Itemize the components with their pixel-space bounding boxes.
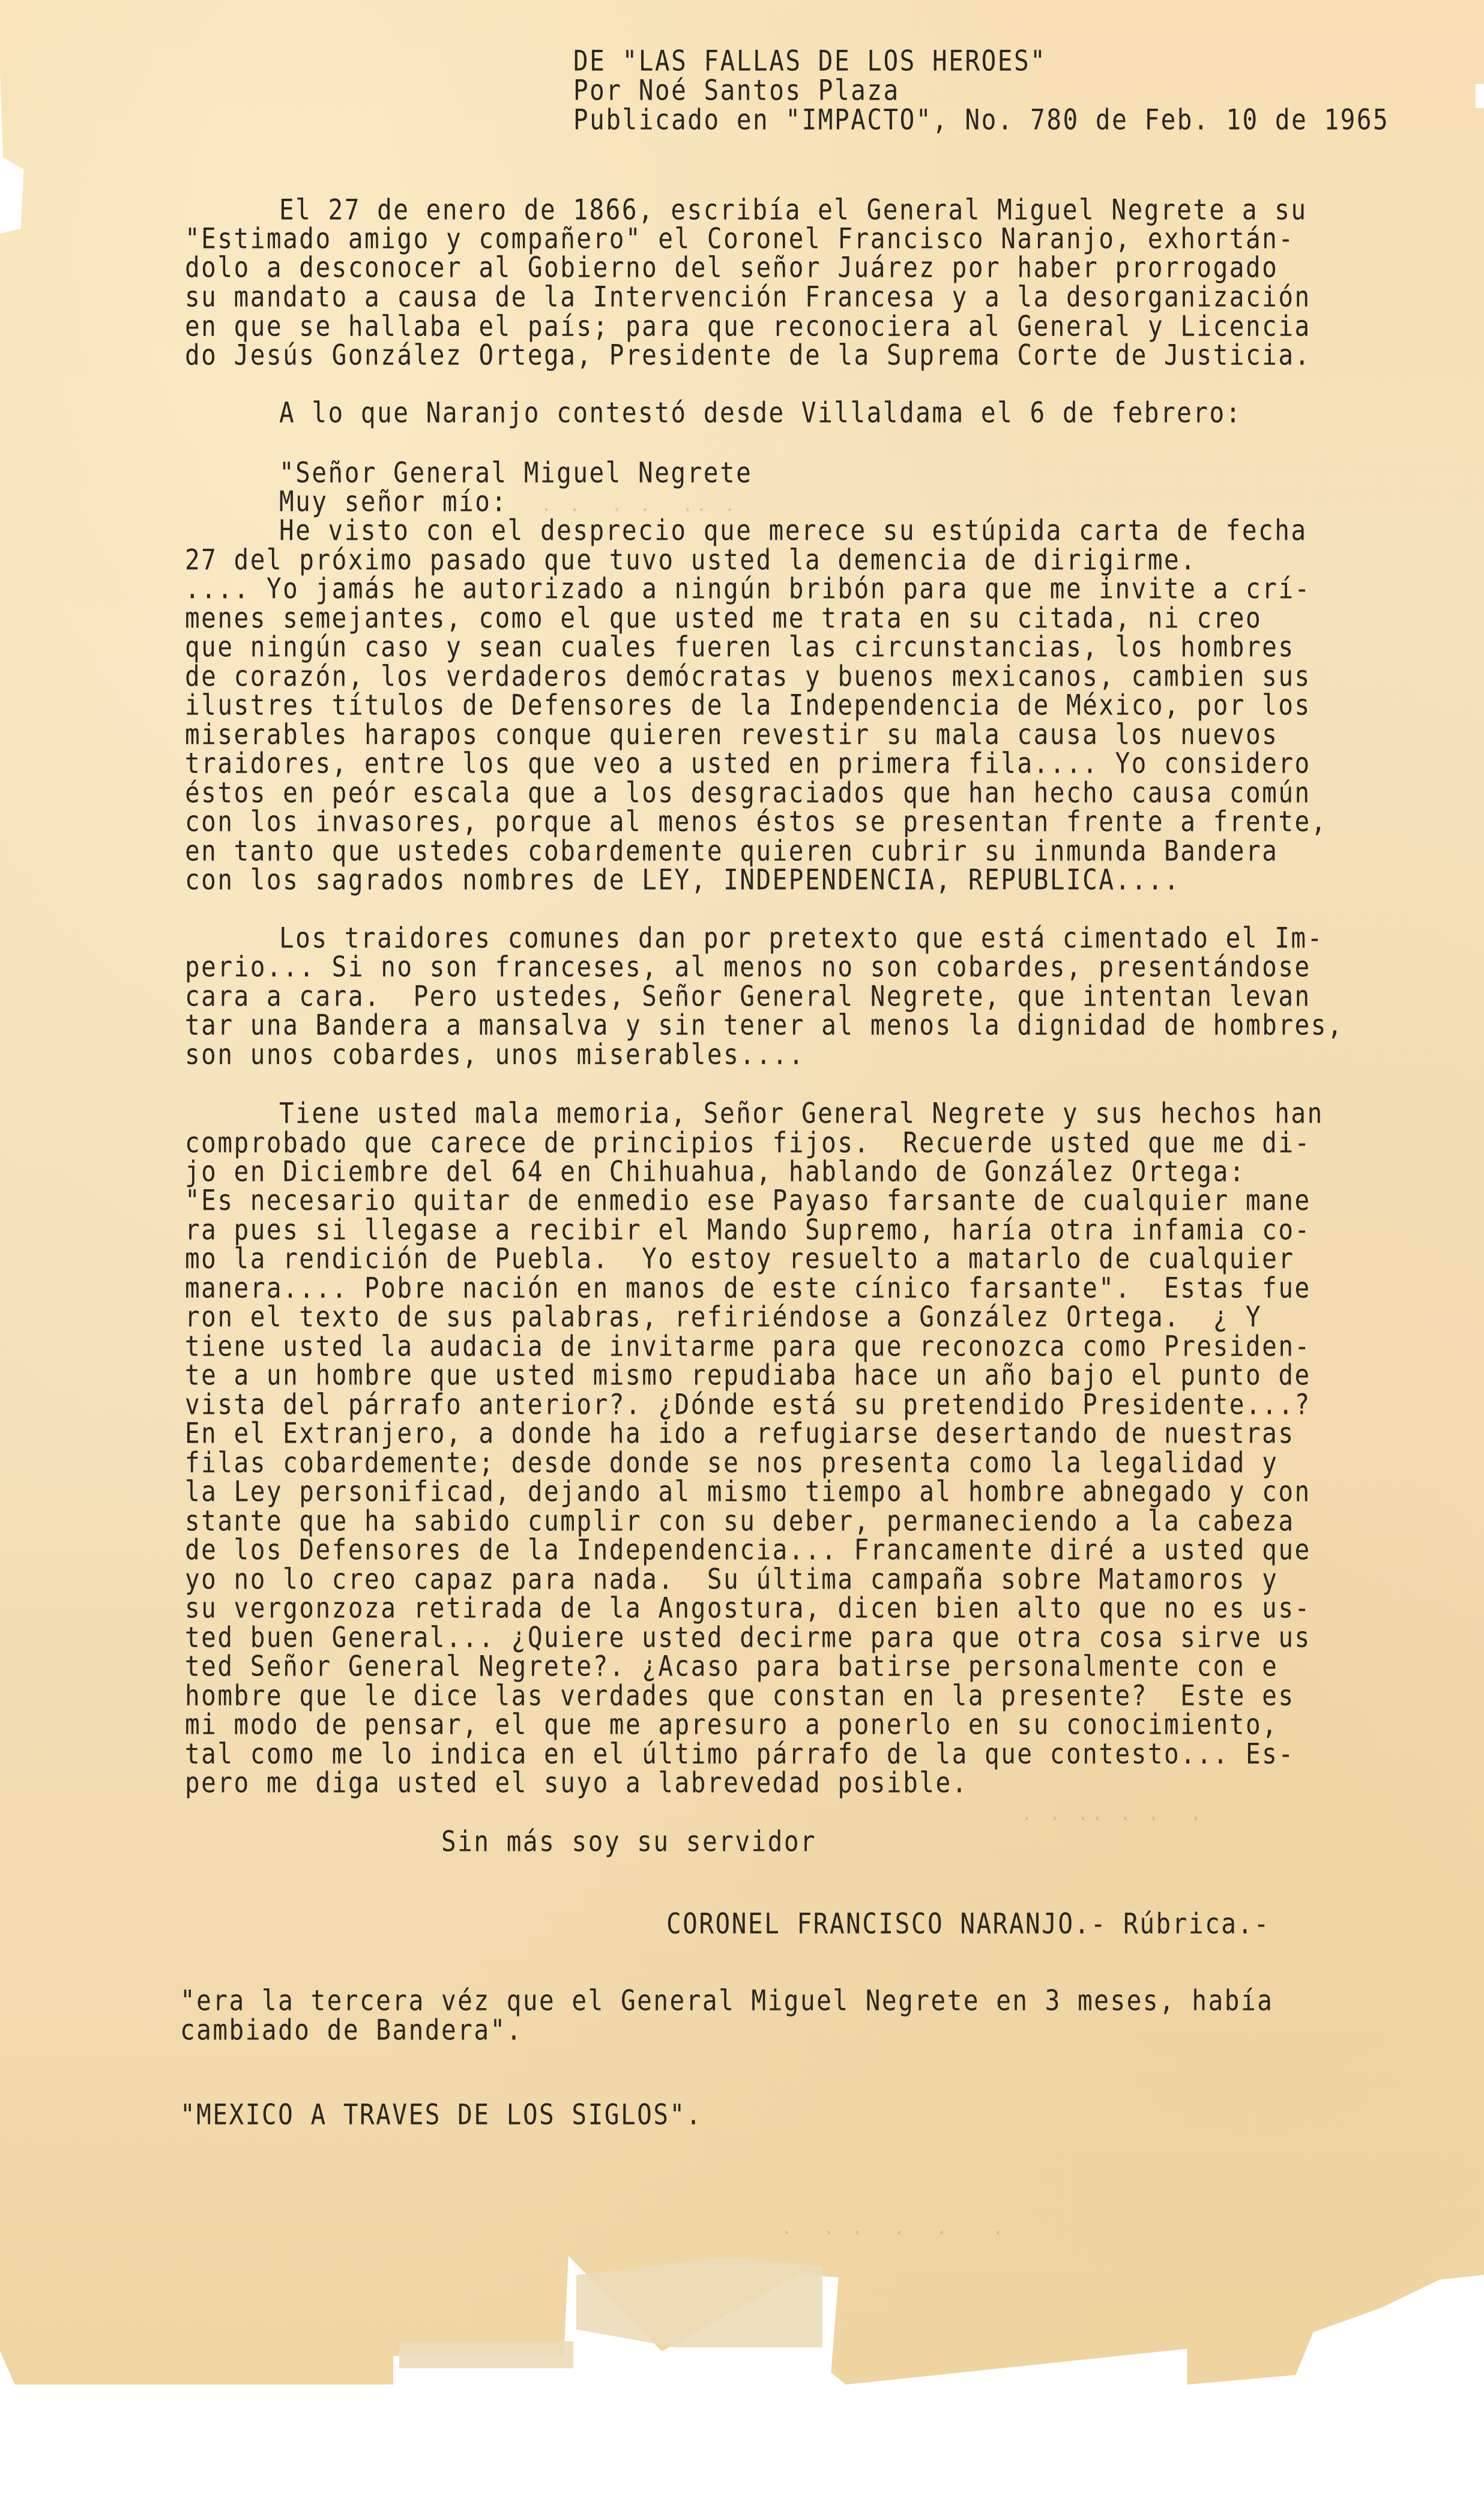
text-line: do Jesús González Ortega, Presidente de … [185,339,1311,372]
text-line: ted Señor General Negrete?. ¿Acaso para … [185,1650,1278,1683]
text-line: ilustres títulos de Defensores de la Ind… [185,689,1311,722]
text-line: cambiado de Bandera". [180,2014,523,2047]
text-line: con los invasores, porque al menos éstos… [185,805,1327,839]
text-line: .... Yo jamás he autorizado a ningún bri… [185,572,1311,606]
text-line: perio... Si no son franceses, al menos n… [185,950,1311,984]
bleed-through-mark: · · ·· · · · [1021,1807,1204,1831]
torn-flap [399,2341,573,2368]
text-line: He visto con el desprecio que merece su … [279,514,1308,548]
torn-flap [576,2257,822,2347]
source-citation: "MEXICO A TRAVES DE LOS SIGLOS". [180,2098,702,2132]
header-title: DE "LAS FALLAS DE LOS HEROES" [573,44,1046,78]
text-line: la Ley personificad, dejando al mismo ti… [185,1475,1311,1509]
text-line: su vergonzoza retirada de la Angostura, … [185,1591,1311,1625]
header-publication: Publicado en "IMPACTO", No. 780 de Feb. … [573,103,1389,137]
edge-notch [1476,84,1484,108]
text-line: Tiene usted mala memoria, Señor General … [279,1097,1324,1130]
text-line: pero me diga usted el suyo a labrevedad … [185,1766,968,1800]
letter-closing: Sin más soy su servidor [441,1825,816,1859]
text-line: que ningún caso y sean cuales fueren las… [185,630,1295,664]
reply-intro: A lo que Naranjo contestó desde Villalda… [279,396,1242,430]
text-line: con los sagrados nombres de LEY, INDEPEN… [185,863,1180,897]
text-line: En el Extranjero, a donde ha ido a refug… [185,1417,1295,1450]
text-line: te a un hombre que usted mismo repudiaba… [185,1359,1311,1392]
text-line: mi modo de pensar, el que me apresuro a … [185,1708,1278,1742]
text-line: tar una Bandera a mansalva y sin tener a… [185,1009,1344,1042]
bleed-through-mark: · · · · ·· · [540,498,738,522]
text-line: dolo a desconocer al Gobierno del señor … [185,251,1278,285]
header-author: Por Noé Santos Plaza [573,74,900,107]
text-line: de los Defensores de la Independencia...… [185,1533,1311,1567]
text-line: su mandato a causa de la Intervención Fr… [185,280,1311,314]
text-line: "era la tercera véz que el General Migue… [180,1984,1273,2018]
text-line: "Es necesario quitar de enmedio ese Paya… [185,1184,1311,1217]
bleed-through-mark: · · · · · · [780,2221,1006,2245]
letter-signature: CORONEL FRANCISCO NARANJO.- Rúbrica.- [666,1907,1270,1941]
text-line: traidores, entre los que veo a usted en … [185,747,1311,780]
text-line: son unos cobardes, unos miserables.... [185,1038,805,1072]
text-line: mo la rendición de Puebla. Yo estoy resu… [185,1242,1295,1276]
text-line: ron el texto de sus palabras, refiriéndo… [185,1300,1262,1334]
